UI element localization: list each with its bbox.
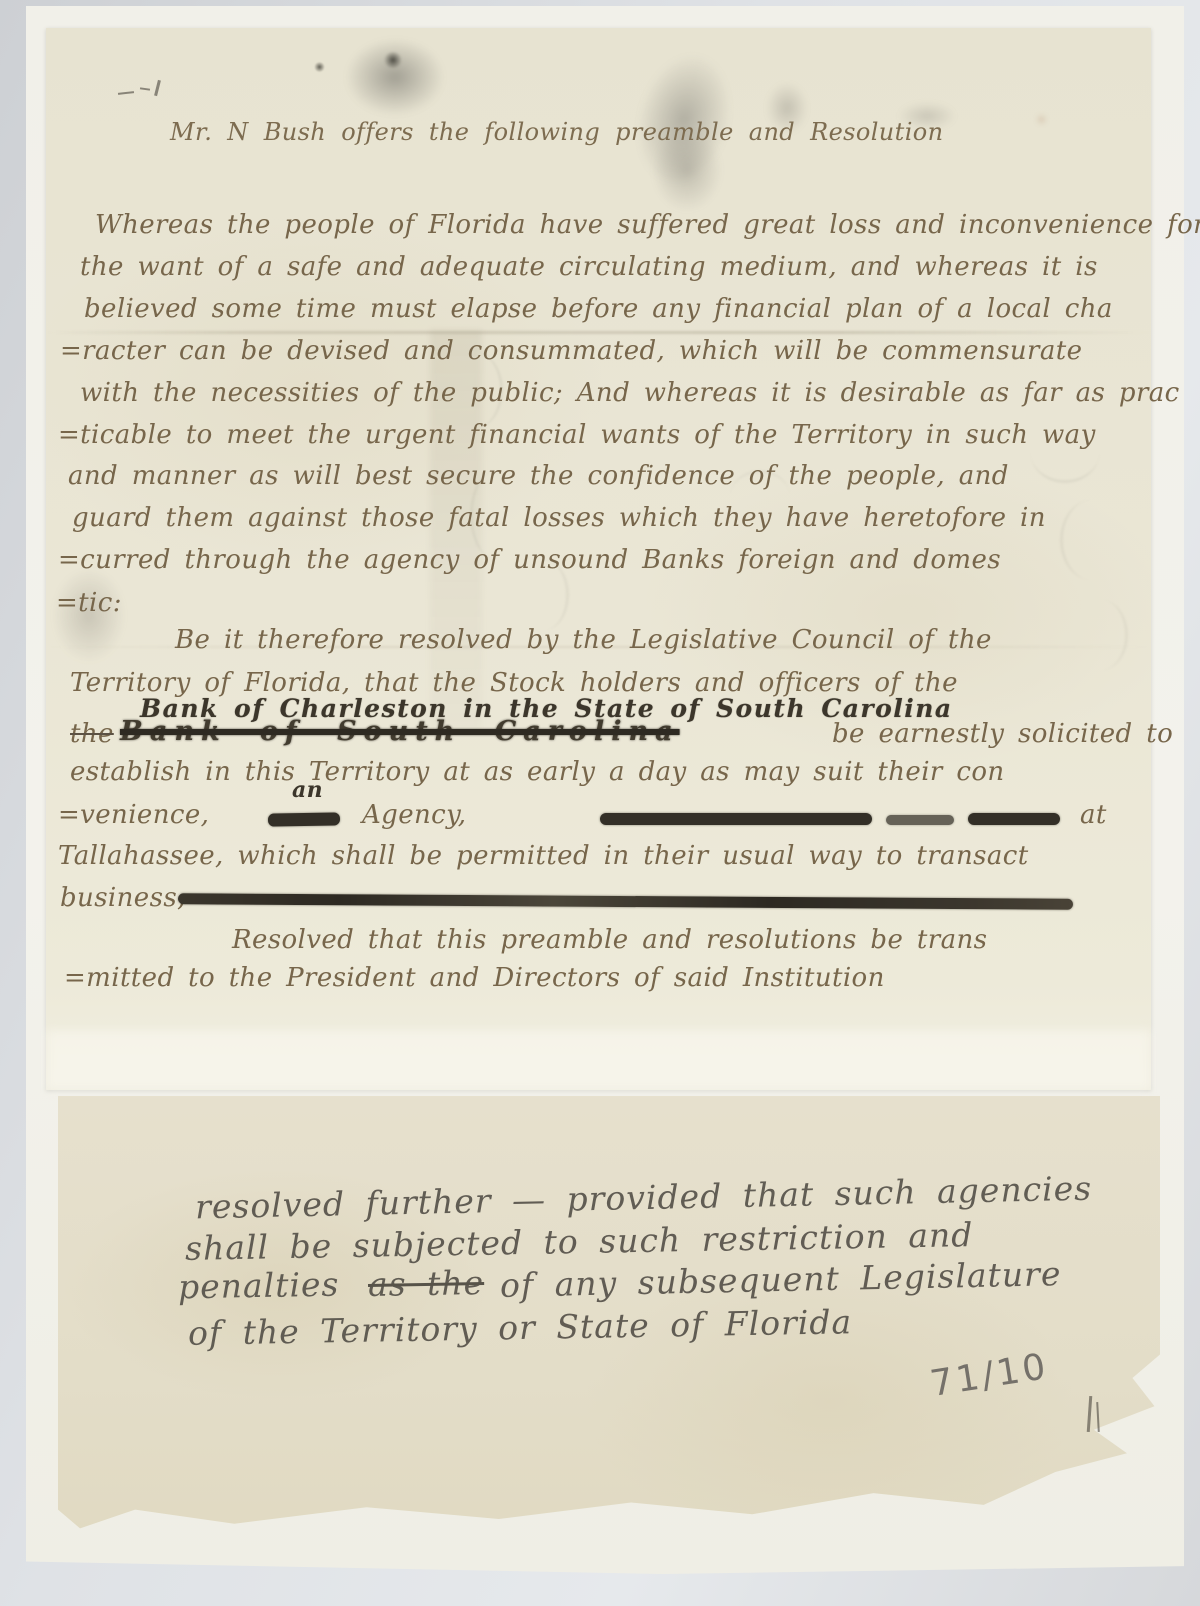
strikethrough-bar xyxy=(600,813,872,825)
resolution-line: Tallahassee, which shall be permitted in… xyxy=(58,841,1029,871)
struck-word-the: the xyxy=(70,719,114,749)
strikethrough-bar xyxy=(268,812,340,826)
horizontal-crease xyxy=(46,331,1151,334)
resolution-line: Agency, xyxy=(362,800,466,830)
preamble-line: =tic: xyxy=(56,588,122,618)
struck-bank-name: Bank of South Carolina xyxy=(120,716,680,747)
preamble-line: with the necessities of the public; And … xyxy=(80,378,1180,408)
preamble-line: Whereas the people of Florida have suffe… xyxy=(95,210,1200,240)
strikethrough-bar xyxy=(886,815,954,825)
preamble-line: =racter can be devised and consummated, … xyxy=(60,336,1082,366)
resolution-line: Be it therefore resolved by the Legislat… xyxy=(175,625,992,655)
resolution-line: Resolved that this preamble and resoluti… xyxy=(232,925,987,955)
preamble-line: the want of a safe and adequate circulat… xyxy=(80,252,1098,282)
preamble-line: believed some time must elapse before an… xyxy=(84,294,1113,324)
resolution-line: =mitted to the President and Directors o… xyxy=(64,963,885,993)
ink-smudge-core xyxy=(384,52,402,68)
fragment-struck-words: as the xyxy=(368,1263,485,1304)
ink-smudge xyxy=(345,38,445,116)
resolution-line: business, xyxy=(60,883,186,913)
show-through-mark xyxy=(1075,600,1128,670)
resolution-line: establish in this Territory at as early … xyxy=(70,757,1005,787)
resolution-line: =venience, xyxy=(58,800,209,830)
title-line: Mr. N Bush offers the following preamble… xyxy=(170,118,944,146)
resolution-line: be earnestly solicited to xyxy=(832,719,1173,749)
insertion-an: an xyxy=(292,777,323,803)
fragment-line: penalties xyxy=(178,1265,340,1307)
red-fleck xyxy=(1038,116,1045,123)
preamble-line: =curred through the agency of unsound Ba… xyxy=(58,545,1001,575)
strikethrough-bar xyxy=(968,813,1060,825)
ink-dot xyxy=(314,62,325,72)
show-through-mark xyxy=(1060,500,1123,580)
preamble-line: and manner as will best secure the confi… xyxy=(68,461,1009,491)
resolution-line: at xyxy=(1080,800,1107,830)
scan-background: Mr. N Bush offers the following preamble… xyxy=(0,0,1200,1606)
preamble-line: =ticable to meet the urgent financial wa… xyxy=(58,420,1096,450)
light-band xyxy=(46,1030,1151,1090)
preamble-line: guard them against those fatal losses wh… xyxy=(72,503,1046,533)
